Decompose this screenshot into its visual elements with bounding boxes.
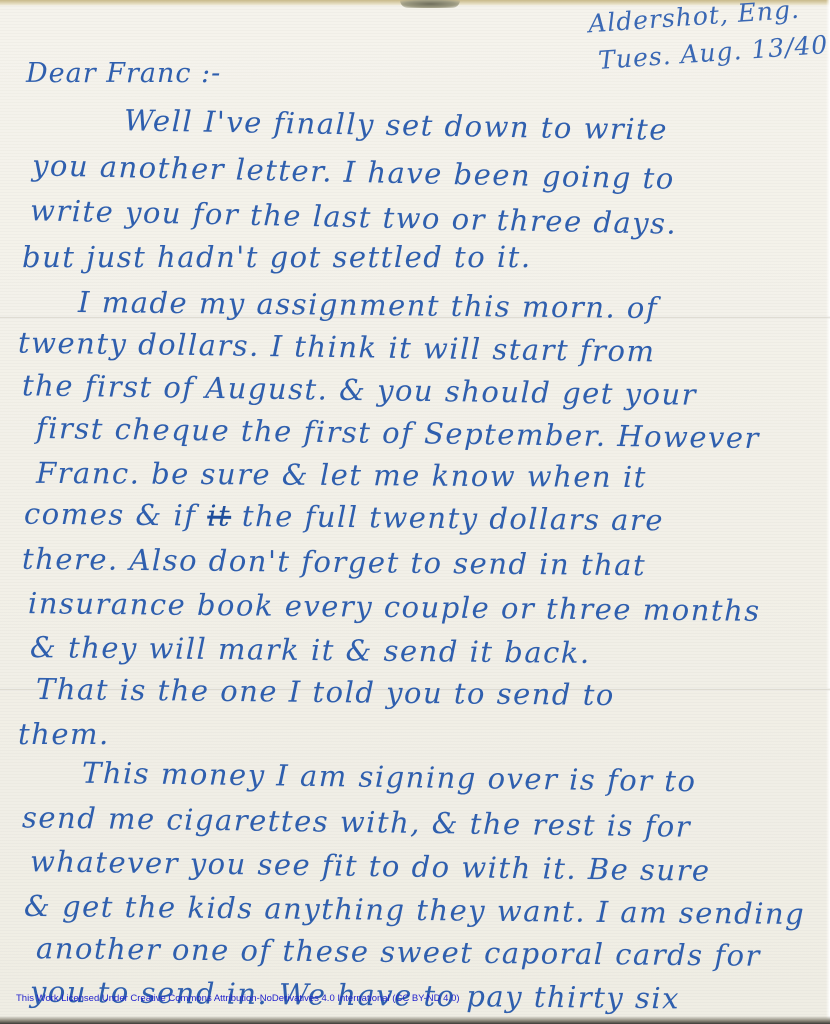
license-notice: This Work Licensed Under Creative Common…: [16, 993, 460, 1004]
letter-line: you another letter. I have been going to: [32, 148, 675, 195]
letter-line: insurance book every couple or three mon…: [28, 586, 761, 628]
letter-line: & get the kids anything they want. I am …: [24, 889, 806, 931]
paper-right-edge: [826, 0, 830, 1024]
letter-line: That is the one I told you to send to: [36, 672, 615, 712]
letter-salutation: Dear Franc :-: [26, 58, 221, 89]
letter-line: send me cigarettes with, & the rest is f…: [22, 800, 692, 843]
letter-line: but just hadn't got settled to it.: [22, 240, 532, 274]
letter-line: write you for the last two or three days…: [30, 193, 678, 241]
letter-line: Well I've finally set down to write: [124, 103, 668, 146]
letter-line: This money I am signing over is for to: [82, 756, 697, 799]
letter-line: I made my assignment this morn. of: [78, 285, 658, 325]
letter-line: & they will mark it & send it back.: [30, 630, 591, 670]
crossed-out-word: it: [207, 499, 231, 533]
letter-date: Tues. Aug. 13/40: [597, 30, 829, 75]
letter-line-part: comes & if: [24, 497, 197, 533]
letter-line: Franc. be sure & let me know when it: [36, 456, 647, 494]
paper-bottom-edge: [0, 1016, 830, 1024]
letter-line: twenty dollars. I think it will start fr…: [18, 326, 656, 369]
letter-line-part: the full twenty dollars are: [242, 499, 664, 537]
letter-line: another one of these sweet caporal cards…: [36, 931, 761, 973]
letter-line: there. Also don't forget to send in that: [22, 542, 647, 583]
paper-clip-shadow: [400, 0, 460, 8]
letter-line: whatever you see fit to do with it. Be s…: [30, 844, 711, 887]
letter-line: comes & if it the full twenty dollars ar…: [24, 497, 664, 538]
letter-line: them.: [18, 717, 110, 751]
letter-page: Aldershot, Eng. Tues. Aug. 13/40 Dear Fr…: [0, 0, 830, 1024]
letter-line: the first of August. & you should get yo…: [22, 368, 698, 411]
letter-line: first cheque the first of September. How…: [36, 411, 760, 455]
